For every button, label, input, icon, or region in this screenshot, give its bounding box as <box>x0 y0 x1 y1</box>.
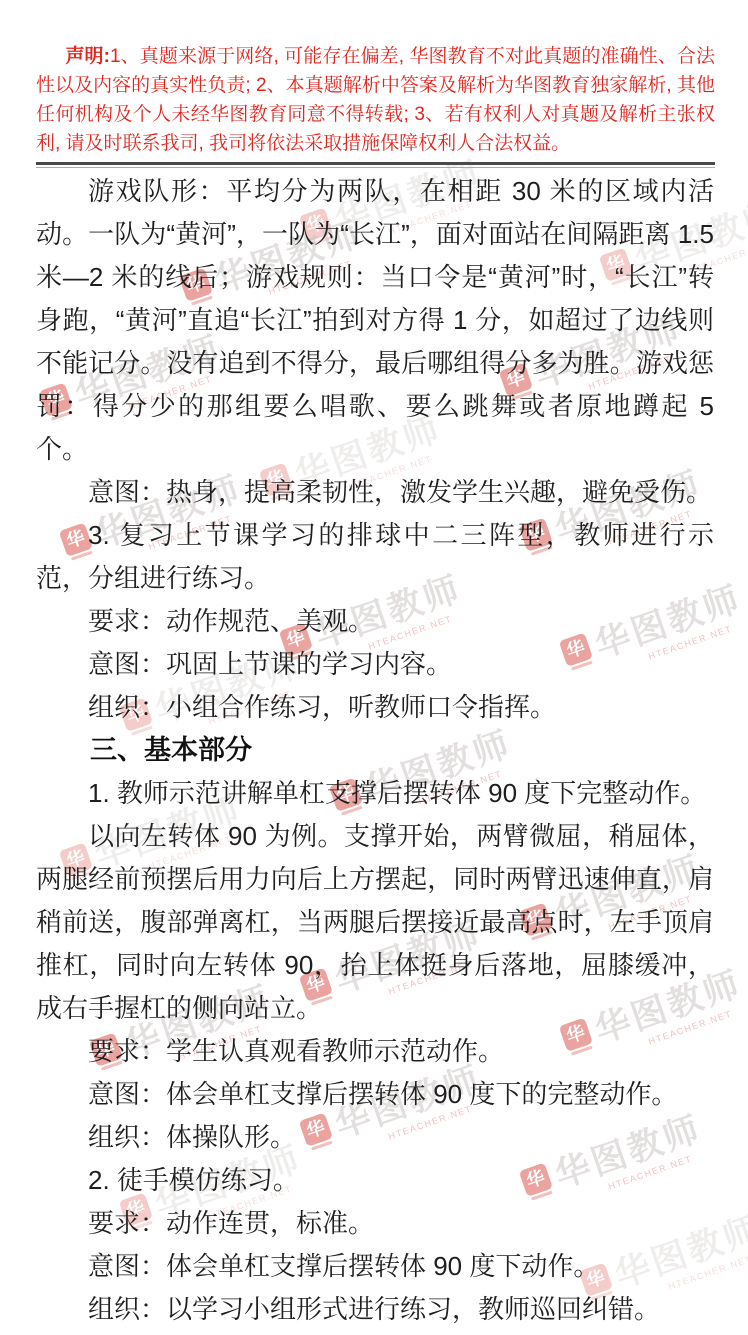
paragraph-organization: 组织：体操队形。 <box>36 1116 714 1159</box>
document-page: 华华图教师HTEACHER.NET 华华图教师HTEACHER.NET 华华图教… <box>0 0 748 1335</box>
paragraph-demo-explain: 1. 教师示范讲解单杠支撑后摆转体 90 度下完整动作。 <box>36 772 714 815</box>
paragraph-intent: 意图：体会单杠支撑后摆转体 90 度下的完整动作。 <box>36 1073 714 1116</box>
lesson-plan-body: 游戏队形：平均分为两队，在相距 30 米的区域内活动。一队为“黄河”，一队为“长… <box>0 168 748 1331</box>
paragraph-game-formation: 游戏队形：平均分为两队，在相距 30 米的区域内活动。一队为“黄河”，一队为“长… <box>36 170 714 471</box>
section-heading-basic-part: 三、基本部分 <box>36 729 714 772</box>
paragraph-technique-detail: 以向左转体 90 为例。支撑开始，两臂微屈，稍屈体，两腿经前预摆后用力向后上方摆… <box>36 815 714 1030</box>
paragraph-intent: 意图：体会单杠支撑后摆转体 90 度下动作。 <box>36 1245 714 1288</box>
paragraph-requirement: 要求：动作连贯，标准。 <box>36 1202 714 1245</box>
paragraph-intent-warmup: 意图：热身，提高柔韧性，激发学生兴趣，避免受伤。 <box>36 471 714 514</box>
paragraph-requirement: 要求：动作规范、美观。 <box>36 600 714 643</box>
paragraph-intent: 意图：巩固上节课的学习内容。 <box>36 643 714 686</box>
paragraph-imitation-practice: 2. 徒手模仿练习。 <box>36 1159 714 1202</box>
divider-thick-line <box>36 162 715 165</box>
paragraph-organization: 组织：小组合作练习，听教师口令指挥。 <box>36 686 714 729</box>
paragraph-organization: 组织：以学习小组形式进行练习，教师巡回纠错。 <box>36 1288 714 1331</box>
document-content: 声明:1、真题来源于网络, 可能存在偏差, 华图教育不对此真题的准确性、合法性以… <box>0 42 748 1331</box>
paragraph-review-volleyball: 3. 复习上节课学习的排球中二三阵型，教师进行示范，分组进行练习。 <box>36 514 714 600</box>
disclaimer-text: 1、真题来源于网络, 可能存在偏差, 华图教育不对此真题的准确性、合法性以及内容… <box>36 46 715 154</box>
disclaimer: 声明:1、真题来源于网络, 可能存在偏差, 华图教育不对此真题的准确性、合法性以… <box>36 42 715 158</box>
disclaimer-label: 声明: <box>65 46 110 67</box>
paragraph-requirement: 要求：学生认真观看教师示范动作。 <box>36 1030 714 1073</box>
